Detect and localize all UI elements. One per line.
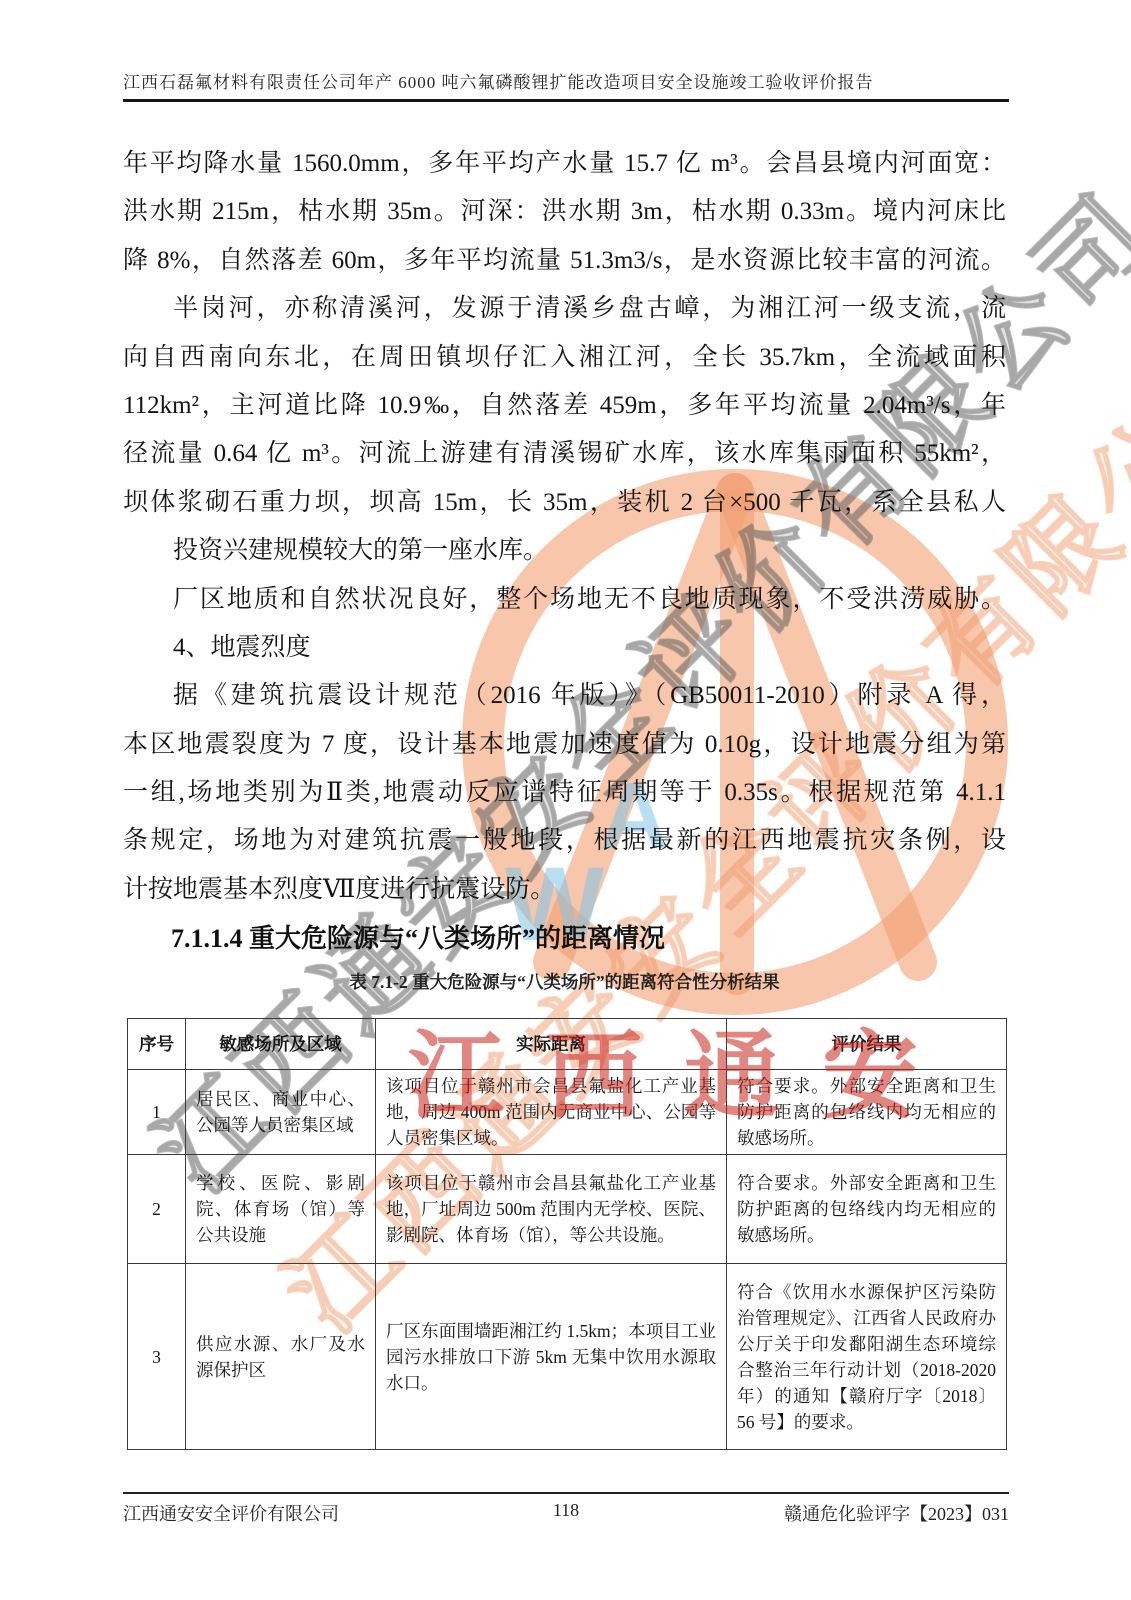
body-line: 年平均降水量 1560.0mm，多年平均产水量 15.7 亿 m³。会昌县境内河…: [123, 140, 1006, 188]
report-page: 江西通安安全评价有限公司 江西通安安全评价有限公司 A W 江西通安 江西石磊氟…: [0, 0, 1131, 1600]
body-line: 一组,场地类别为Ⅱ类,地震动反应谱特征周期等于 0.35s。根据规范第 4.1.…: [123, 769, 1006, 817]
cell-place: 供应水源、水厂及水源保护区: [186, 1264, 376, 1450]
cell-place: 居民区、商业中心、公园等人员密集区域: [186, 1070, 376, 1155]
distance-analysis-table: 序号 敏感场所及区域 实际距离 评价结果 1 居民区、商业中心、公园等人员密集区…: [127, 1018, 1007, 1450]
body-line: 厂区地质和自然状况良好，整个场地无不良地质现象，不受洪涝威胁。: [123, 576, 1006, 624]
body-line: 径流量 0.64 亿 m³。河流上游建有清溪锡矿水库，该水库集雨面积 55km²…: [123, 430, 1006, 478]
cell-result: 符合《饮用水水源保护区污染防治管理规定》、江西省人民政府办公厅关于印发鄱阳湖生态…: [727, 1264, 1007, 1450]
body-line: 计按地震基本烈度Ⅶ度进行抗震设防。: [123, 866, 1006, 914]
body-line: 据《建筑抗震设计规范（2016 年版）》（GB50011-2010）附录 A 得…: [123, 672, 1006, 720]
table-row: 3 供应水源、水厂及水源保护区 厂区东面围墙距湘江约 1.5km；本项目工业园污…: [128, 1264, 1007, 1450]
table-row: 1 居民区、商业中心、公园等人员密集区域 该项目位于赣州市会昌县氟盐化工产业基地…: [128, 1070, 1007, 1155]
col-header-no: 序号: [128, 1019, 186, 1070]
body-line: 112km²，主河道比降 10.9‰，自然落差 459m，多年平均流量 2.04…: [123, 382, 1006, 430]
cell-place: 学校、医院、影剧院、体育场（馆）等公共设施: [186, 1155, 376, 1264]
col-header-result: 评价结果: [727, 1019, 1007, 1070]
cell-no: 1: [128, 1070, 186, 1155]
body-text: 年平均降水量 1560.0mm，多年平均产水量 15.7 亿 m³。会昌县境内河…: [123, 140, 1006, 914]
cell-no: 2: [128, 1155, 186, 1264]
body-line: 条规定，场地为对建筑抗震一般地段，根据最新的江西地震抗灾条例，设: [123, 817, 1006, 865]
cell-result: 符合要求。外部安全距离和卫生防护距离的包络线内均无相应的敏感场所。: [727, 1155, 1007, 1264]
footer-doc-number: 赣通危化验评字【2023】031: [784, 1500, 1009, 1526]
body-line: 半岗河，亦称清溪河，发源于清溪乡盘古嶂，为湘江河一级支流，流: [123, 285, 1006, 333]
body-line: 向自西南向东北，在周田镇坝仔汇入湘江河，全长 35.7km，全流域面积: [123, 334, 1006, 382]
col-header-place: 敏感场所及区域: [186, 1019, 376, 1070]
body-line: 本区地震裂度为 7 度，设计基本地震加速度值为 0.10g，设计地震分组为第: [123, 721, 1006, 769]
body-line: 4、地震烈度: [123, 624, 1006, 672]
cell-distance: 厂区东面围墙距湘江约 1.5km；本项目工业园污水排放口下游 5km 无集中饮用…: [376, 1264, 727, 1450]
table-row: 2 学校、医院、影剧院、体育场（馆）等公共设施 该项目位于赣州市会昌县氟盐化工产…: [128, 1155, 1007, 1264]
cell-distance: 该项目位于赣州市会昌县氟盐化工产业基地，厂址周边 500m 范围内无学校、医院、…: [376, 1155, 727, 1264]
page-header-title: 江西石磊氟材料有限责任公司年产 6000 吨六氟磷酸锂扩能改造项目安全设施竣工验…: [123, 68, 1009, 93]
cell-result: 符合要求。外部安全距离和卫生防护距离的包络线内均无相应的敏感场所。: [727, 1070, 1007, 1155]
body-line: 降 8%，自然落差 60m，多年平均流量 51.3m3/s，是水资源比较丰富的河…: [123, 237, 1006, 285]
body-line: 坝体浆砌石重力坝，坝高 15m，长 35m，装机 2 台×500 千瓦，系全县私…: [123, 479, 1006, 527]
section-heading: 7.1.1.4 重大危险源与“八类场所”的距离情况: [123, 918, 1006, 955]
cell-no: 3: [128, 1264, 186, 1450]
col-header-distance: 实际距离: [376, 1019, 727, 1070]
header-rule: [123, 99, 1009, 102]
table-header-row: 序号 敏感场所及区域 实际距离 评价结果: [128, 1019, 1007, 1070]
body-line: 投资兴建规模较大的第一座水库。: [123, 527, 1006, 575]
table-caption: 表 7.1-2 重大危险源与“八类场所”的距离符合性分析结果: [123, 969, 1006, 994]
footer-rule: [123, 1492, 1009, 1494]
body-line: 洪水期 215m，枯水期 35m。河深：洪水期 3m，枯水期 0.33m。境内河…: [123, 188, 1006, 236]
cell-distance: 该项目位于赣州市会昌县氟盐化工产业基地，周边 400m 范围内无商业中心、公园等…: [376, 1070, 727, 1155]
